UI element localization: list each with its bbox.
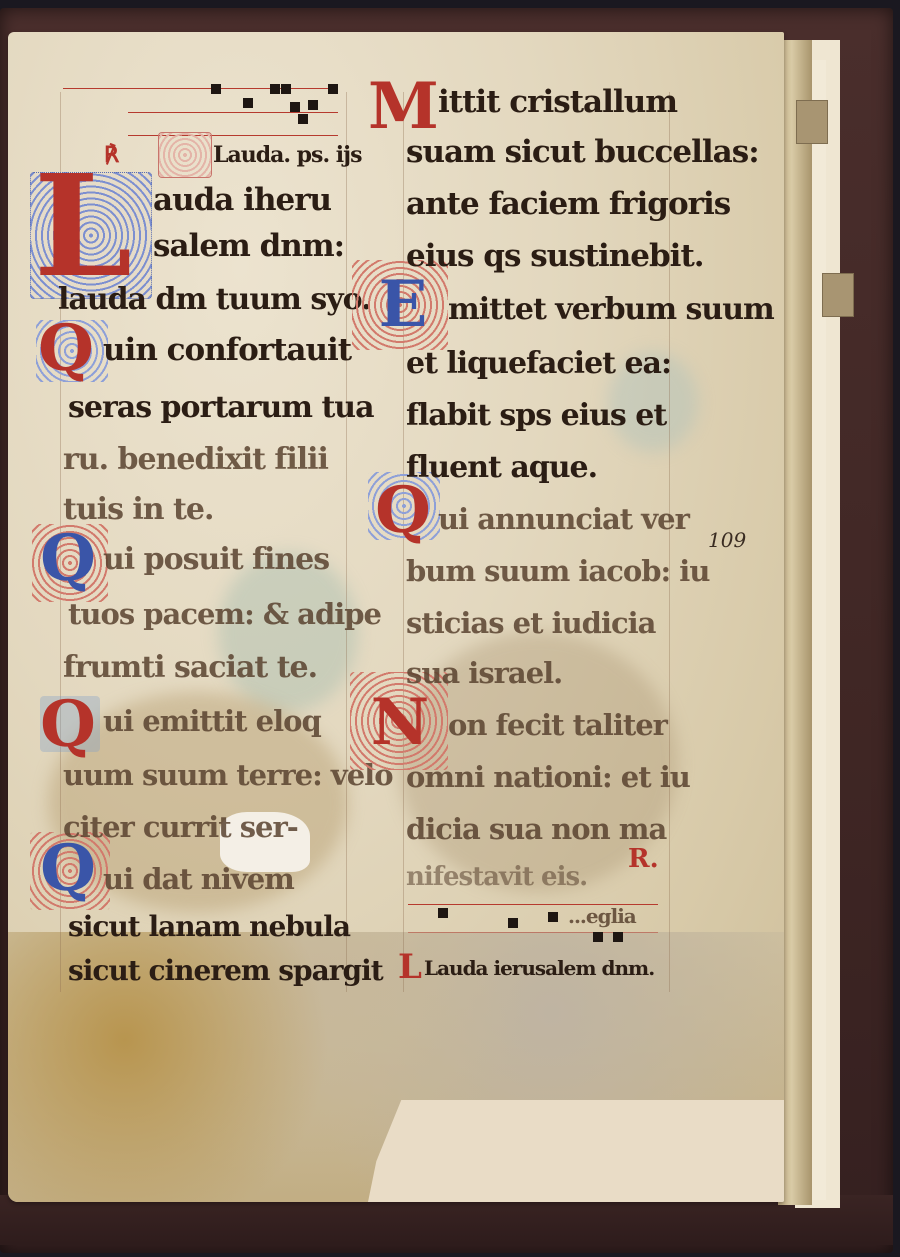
text-line: ui annunciat ver <box>438 502 689 536</box>
responsory-marker: R. <box>628 844 659 874</box>
text-line: flabit sps eius et <box>406 398 666 433</box>
text-line: eius qs sustinebit. <box>406 238 704 274</box>
neume <box>548 912 558 922</box>
text-line: citer currit ser- <box>63 810 298 844</box>
neume <box>308 100 318 110</box>
small-initial-L <box>158 132 212 178</box>
text-line: salem dnm: <box>153 228 344 264</box>
incipit-label: Lauda. ps. ijs <box>213 142 361 168</box>
guard-tab-top <box>796 100 828 144</box>
paper-repair-patch <box>368 1100 784 1202</box>
text-line: ui dat nivem <box>103 862 294 896</box>
text-line: lauda dm tuum syo. <box>58 282 371 317</box>
neume <box>270 84 280 94</box>
text-line: seras portarum tua <box>68 390 374 425</box>
music-staff-line <box>128 112 338 113</box>
initial-Q: Q <box>36 314 96 384</box>
initial-Q: Q <box>373 476 433 546</box>
text-line: auda iheru <box>153 182 331 218</box>
text-line: sticias et iudicia <box>406 606 655 640</box>
text-line: ru. benedixit filii <box>63 442 328 477</box>
neume <box>593 932 603 942</box>
manuscript-leaf: ℟ Lauda. ps. ijs L Q Q Q Q auda iheru sa… <box>8 32 784 1202</box>
initial-N: N <box>360 688 440 758</box>
neume <box>438 908 448 918</box>
mount-bottom-bevel <box>0 1195 893 1245</box>
text-line: bum suum iacob: iu <box>406 554 709 588</box>
neume <box>328 84 338 94</box>
neume <box>298 114 308 124</box>
neume <box>290 102 300 112</box>
text-line: ante faciem frigoris <box>406 186 730 222</box>
text-line: tuis in te. <box>63 492 213 527</box>
text-line: suam sicut buccellas: <box>406 134 759 170</box>
text-line: sicut cinerem spargit <box>68 954 383 987</box>
guard-tab-middle <box>822 273 854 317</box>
text-line: ui posuit fines <box>103 542 329 577</box>
neume <box>243 98 253 108</box>
text-line: sicut lanam nebula <box>68 910 350 943</box>
bottom-incipit: Lauda ierusalem dnm. <box>424 956 654 980</box>
text-line: et liquefaciet ea: <box>406 346 671 381</box>
text-line: ittit cristallum <box>438 84 677 120</box>
text-line: fluent aque. <box>406 450 597 485</box>
initial-E: E <box>368 270 438 340</box>
text-line: ui emittit eloq <box>103 704 321 738</box>
text-line: on fecit taliter <box>448 708 667 742</box>
text-line: uin confortauit <box>103 332 351 368</box>
initial-Q: Q <box>36 690 100 760</box>
neume <box>508 918 518 928</box>
initial-L-small: L <box>398 947 422 987</box>
initial-L: L <box>28 152 138 302</box>
folio-number: 109 <box>708 528 746 552</box>
neume <box>281 84 291 94</box>
text-line: dicia sua non ma <box>406 812 666 846</box>
neume <box>613 932 623 942</box>
text-line: nifestavit eis. <box>406 862 587 892</box>
backing-sheet-inner <box>812 60 826 1200</box>
text-line: tuos pacem: & adipe <box>68 597 381 631</box>
initial-M: M <box>368 72 428 142</box>
text-line: uum suum terre: velo <box>63 758 393 792</box>
text-line: sua israel. <box>406 656 562 690</box>
initial-Q: Q <box>38 524 98 594</box>
text-line: omni nationi: et iu <box>406 760 690 794</box>
text-line: frumti saciat te. <box>63 650 317 685</box>
initial-Q: Q <box>38 834 98 904</box>
staff-text: ...eglia <box>568 904 636 928</box>
text-line: mittet verbum suum <box>448 292 774 327</box>
music-staff-line <box>63 88 338 89</box>
neume <box>211 84 221 94</box>
